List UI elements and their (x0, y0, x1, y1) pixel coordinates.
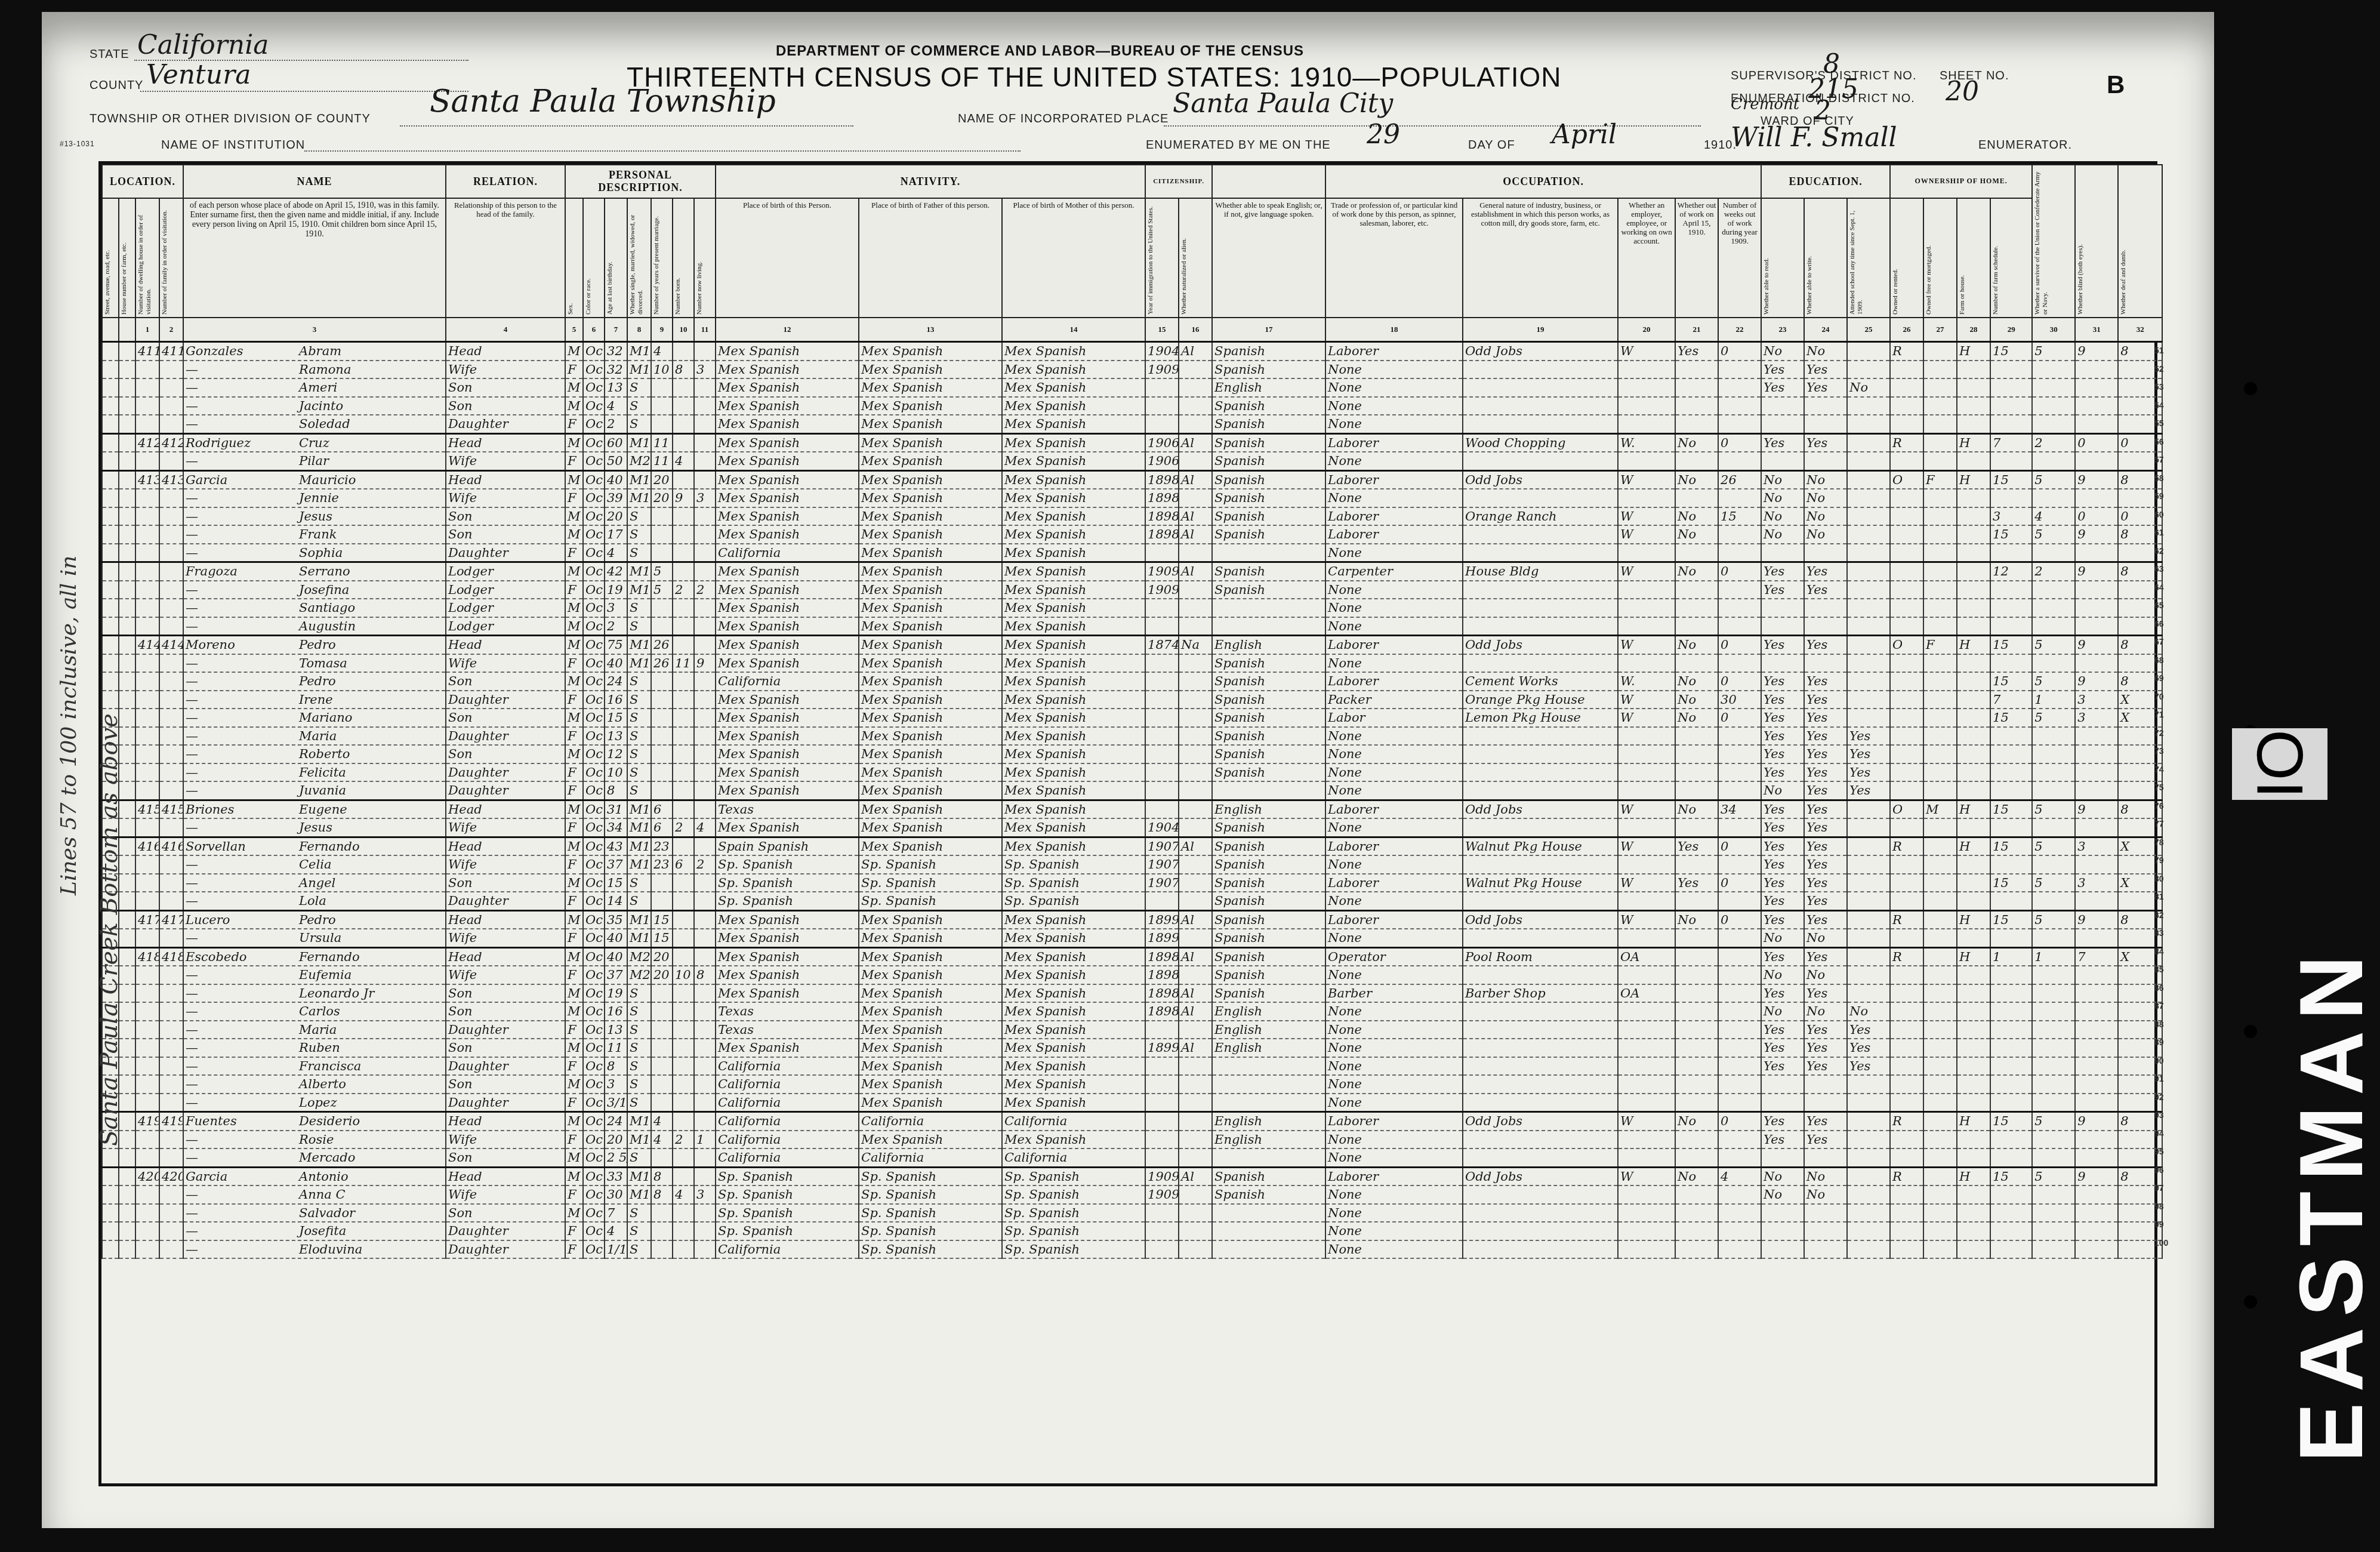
cell-bp: Mex Spanish (716, 397, 859, 415)
cell-c29 (1990, 727, 2032, 746)
cell-imm: 1909 (1145, 562, 1179, 581)
column-number: 4 (446, 318, 565, 342)
sheet-value: 20 (1946, 76, 1979, 107)
cell-sex: F (565, 654, 583, 673)
cell-lang (1212, 1204, 1325, 1222)
cell-lang: English (1212, 636, 1325, 654)
cell-mort (1923, 709, 1957, 727)
cell-c29 (1990, 855, 2032, 874)
cell-relation: Wife (446, 452, 565, 470)
cell-lang: Spanish (1212, 581, 1325, 599)
enumerated-month: April (1552, 119, 1617, 150)
cell-family (159, 1148, 183, 1167)
cell-trade: Laborer (1325, 800, 1463, 818)
cell-bf: Mex Spanish (859, 818, 1002, 837)
cell-mort (1923, 452, 1957, 470)
cell-age: 35 (605, 910, 627, 929)
cell-sex: M (565, 1002, 583, 1021)
cell-yrs_m: 26 (651, 654, 673, 673)
cell-name: —Frank (183, 525, 446, 544)
cell-marital: M1 (627, 818, 651, 837)
cell-mort (1923, 415, 1957, 433)
cell-name: LuceroPedro (183, 910, 446, 929)
cell-color: Oc (583, 910, 605, 929)
cell-bp: Mex Spanish (716, 433, 859, 452)
column-number: 32 (2118, 318, 2162, 342)
cell-imm (1145, 709, 1179, 727)
cell-c29: 12 (1990, 562, 2032, 581)
column-number: 2 (159, 318, 183, 342)
cell-write: No (1804, 470, 1847, 489)
cell-industry (1463, 966, 1618, 984)
cell-dwelling (135, 617, 159, 636)
cell-c30 (2032, 818, 2075, 837)
cell-dwelling (135, 781, 159, 800)
cell-marital: M1 (627, 910, 651, 929)
cell-wks (1718, 1021, 1761, 1039)
line-number: 67 (2154, 637, 2164, 646)
table-row: —JosefinaLodgerFOc19M1522Mex SpanishMex … (102, 581, 2162, 599)
table-row: —Leonardo JrSonMOc19SMex SpanishMex Span… (102, 984, 2162, 1003)
cell-age: 1/12 (605, 1240, 627, 1259)
cell-yrs_m (651, 544, 673, 562)
cell-given-name: Eugene (299, 802, 347, 817)
table-row: —FranciscaDaughterFOc8SCaliforniaMex Spa… (102, 1057, 2162, 1076)
cell-industry: Lemon Pkg House (1463, 709, 1618, 727)
page-header: State California County Ventura Township… (42, 12, 2214, 155)
film-brand: EASTMAN (2280, 944, 2380, 1462)
cell-oow (1675, 1222, 1718, 1240)
cell-family (159, 489, 183, 507)
cell-nat: Al (1179, 562, 1212, 581)
cell-read: Yes (1761, 581, 1804, 599)
cell-relation: Head (446, 800, 565, 818)
cell-write: Yes (1804, 636, 1847, 654)
cell-marital: S (627, 1204, 651, 1222)
cell-emp (1618, 581, 1675, 599)
cell-color: Oc (583, 654, 605, 673)
cell-trade: None (1325, 1075, 1463, 1094)
table-row: —AmeriSonMOc13SMex SpanishMex SpanishMex… (102, 378, 2162, 397)
cell-given-name: Jennie (299, 491, 339, 505)
cell-name: —Jesus (183, 818, 446, 837)
cell-surname: Briones (186, 802, 299, 817)
cell-given-name: Eloduvina (299, 1242, 362, 1257)
cell-emp: W (1618, 837, 1675, 855)
cell-dwelling (135, 415, 159, 433)
table-row: —EufemiaWifeFOc37M220108Mex SpanishMex S… (102, 966, 2162, 984)
cell-trade: Laborer (1325, 672, 1463, 691)
cell-bm: Mex Spanish (1002, 654, 1145, 673)
cell-bm: Mex Spanish (1002, 433, 1145, 452)
cell-given-name: Pedro (299, 674, 336, 688)
cell-sex: F (565, 1240, 583, 1259)
cell-bm: Mex Spanish (1002, 818, 1145, 837)
cell-lang: Spanish (1212, 415, 1325, 433)
cell-industry (1463, 489, 1618, 507)
cell-fh (1957, 966, 1990, 984)
cell-dwelling (135, 818, 159, 837)
cell-sex: M (565, 709, 583, 727)
cell-read: Yes (1761, 910, 1804, 929)
cell-emp (1618, 745, 1675, 763)
column-number: 9 (651, 318, 673, 342)
cell-age: 32 (605, 342, 627, 361)
cell-family: 417 (159, 910, 183, 929)
column-number: 21 (1675, 318, 1718, 342)
cell-lang (1212, 1094, 1325, 1112)
cell-age: 34 (605, 818, 627, 837)
cell-read: Yes (1761, 378, 1804, 397)
table-row: —UrsulaWifeFOc40M115Mex SpanishMex Spani… (102, 929, 2162, 947)
cell-bp: Mex Spanish (716, 929, 859, 947)
cell-c31: 3 (2075, 837, 2118, 855)
cell-surname: — (186, 747, 299, 761)
cell-dwelling (135, 1094, 159, 1112)
cell-emp: W (1618, 691, 1675, 709)
cell-sex: M (565, 874, 583, 892)
cell-born (673, 1167, 694, 1185)
cell-fh: H (1957, 1167, 1990, 1185)
cell-dwelling (135, 544, 159, 562)
cell-bm: Mex Spanish (1002, 581, 1145, 599)
cell-yrs_m (651, 1039, 673, 1057)
cell-imm (1145, 1148, 1179, 1167)
cell-trade: None (1325, 544, 1463, 562)
cell-living: 1 (694, 1131, 716, 1149)
cell-bp: Mex Spanish (716, 636, 859, 654)
cell-sex: F (565, 966, 583, 984)
cell-bm: Mex Spanish (1002, 636, 1145, 654)
cell-color: Oc (583, 929, 605, 947)
cell-lang: English (1212, 1021, 1325, 1039)
punch-hole-icon (2244, 1295, 2257, 1308)
cell-bm: Mex Spanish (1002, 1021, 1145, 1039)
cell-bp: Sp. Spanish (716, 892, 859, 910)
cell-surname: — (186, 527, 299, 541)
day-of-label: day of (1468, 138, 1515, 152)
cell-family (159, 1075, 183, 1094)
cell-nat (1179, 378, 1212, 397)
cell-nat: Al (1179, 1002, 1212, 1021)
cell-color: Oc (583, 892, 605, 910)
cell-dwelling (135, 507, 159, 526)
cell-sex: F (565, 1094, 583, 1112)
cell-marital: S (627, 1039, 651, 1057)
cell-mort: F (1923, 470, 1957, 489)
cell-fh (1957, 489, 1990, 507)
cell-c30: 5 (2032, 672, 2075, 691)
line-number: 92 (2154, 1092, 2164, 1102)
cell-age: 60 (605, 433, 627, 452)
cell-dwelling (135, 452, 159, 470)
cell-c31 (2075, 544, 2118, 562)
cell-oow (1675, 781, 1718, 800)
cell-dwelling (135, 1185, 159, 1204)
cell-lang: Spanish (1212, 525, 1325, 544)
cell-read: Yes (1761, 709, 1804, 727)
cell-name: —Roberto (183, 745, 446, 763)
table-row: 419419FuentesDesiderioHeadMOc24M14Califo… (102, 1112, 2162, 1131)
cell-oow (1675, 397, 1718, 415)
cell-read (1761, 397, 1804, 415)
cell-bm: Mex Spanish (1002, 507, 1145, 526)
cell-dwelling: 418 (135, 947, 159, 966)
cell-dwelling (135, 984, 159, 1003)
cell-bp: Mex Spanish (716, 966, 859, 984)
cell-own (1890, 1204, 1923, 1222)
cell-wks (1718, 1039, 1761, 1057)
cell-own (1890, 1002, 1923, 1021)
cell-industry: House Bldg (1463, 562, 1618, 581)
cell-marital: M1 (627, 800, 651, 818)
cell-family (159, 1222, 183, 1240)
cell-school (1847, 525, 1890, 544)
cell-marital: S (627, 874, 651, 892)
cell-age: 2 (605, 617, 627, 636)
cell-family (159, 709, 183, 727)
cell-c31: 3 (2075, 691, 2118, 709)
cell-marital: S (627, 892, 651, 910)
cell-yrs_m (651, 378, 673, 397)
cell-trade: None (1325, 892, 1463, 910)
column-number: 10 (673, 318, 694, 342)
cell-born (673, 892, 694, 910)
cell-write: Yes (1804, 1039, 1847, 1057)
cell-family: 414 (159, 636, 183, 654)
cell-c29 (1990, 654, 2032, 673)
cell-oow: No (1675, 562, 1718, 581)
cell-living (694, 1075, 716, 1094)
cell-given-name: Lopez (299, 1095, 337, 1110)
cell-marital: S (627, 984, 651, 1003)
cell-relation: Head (446, 947, 565, 966)
cell-imm: 1904 (1145, 342, 1179, 361)
table-row: 413413GarciaMauricioHeadMOc40M120Mex Spa… (102, 470, 2162, 489)
cell-mort (1923, 727, 1957, 746)
cell-sex: F (565, 892, 583, 910)
cell-bf: Mex Spanish (859, 562, 1002, 581)
cell-yrs_m: 11 (651, 452, 673, 470)
form-code: #13-1031 (60, 140, 95, 148)
cell-fh (1957, 763, 1990, 782)
cell-oow (1675, 1039, 1718, 1057)
cell-bp: Mex Spanish (716, 452, 859, 470)
cell-c30 (2032, 452, 2075, 470)
line-number: 87 (2154, 1001, 2164, 1011)
cell-given-name: Jesus (299, 509, 332, 524)
cell-own (1890, 1057, 1923, 1076)
cell-wks: 34 (1718, 800, 1761, 818)
cell-emp (1618, 1021, 1675, 1039)
cell-read: No (1761, 470, 1804, 489)
cell-oow (1675, 581, 1718, 599)
line-number: 65 (2154, 601, 2164, 610)
cell-emp (1618, 1131, 1675, 1149)
cell-sex: F (565, 544, 583, 562)
cell-wks: 30 (1718, 691, 1761, 709)
cell-nat (1179, 1075, 1212, 1094)
col-owned-rented: Owned or rented. (1890, 198, 1923, 318)
cell-emp: OA (1618, 984, 1675, 1003)
cell-yrs_m (651, 1057, 673, 1076)
ward-note: Cremont (1731, 96, 1799, 113)
cell-c31 (2075, 397, 2118, 415)
cell-write (1804, 1204, 1847, 1222)
county-value: Ventura (146, 60, 251, 90)
cell-nat (1179, 361, 1212, 379)
table-row: —CeliaWifeFOc37M12362Sp. SpanishSp. Span… (102, 855, 2162, 874)
cell-street (102, 672, 119, 691)
cell-imm (1145, 691, 1179, 709)
cell-name: SorvellanFernando (183, 837, 446, 855)
cell-write: Yes (1804, 581, 1847, 599)
cell-emp (1618, 763, 1675, 782)
cell-emp: W. (1618, 433, 1675, 452)
cell-born (673, 562, 694, 581)
cell-house-no (119, 1222, 135, 1240)
cell-family: 418 (159, 947, 183, 966)
cell-c29 (1990, 1057, 2032, 1076)
cell-mort (1923, 1039, 1957, 1057)
cell-c30 (2032, 763, 2075, 782)
cell-c31 (2075, 599, 2118, 617)
cell-color: Oc (583, 562, 605, 581)
punch-hole-icon (2244, 1025, 2257, 1038)
cell-yrs_m (651, 1094, 673, 1112)
col-age: Age at last birthday. (605, 198, 627, 318)
cell-bm: Sp. Spanish (1002, 1240, 1145, 1259)
cell-color: Oc (583, 818, 605, 837)
cell-school (1847, 452, 1890, 470)
cell-marital: S (627, 672, 651, 691)
table-row: 415415BrionesEugeneHeadMOc31M16TexasMex … (102, 800, 2162, 818)
cell-school (1847, 562, 1890, 581)
cell-trade: None (1325, 599, 1463, 617)
cell-emp (1618, 378, 1675, 397)
cell-born (673, 397, 694, 415)
cell-read: Yes (1761, 727, 1804, 746)
cell-dwelling: 419 (135, 1112, 159, 1131)
cell-surname: — (186, 674, 299, 688)
cell-relation: Daughter (446, 1057, 565, 1076)
cell-nat: Al (1179, 1039, 1212, 1057)
cell-family (159, 818, 183, 837)
cell-relation: Wife (446, 654, 565, 673)
cell-oow: No (1675, 800, 1718, 818)
cell-c30: 5 (2032, 709, 2075, 727)
cell-living (694, 745, 716, 763)
cell-house-no (119, 489, 135, 507)
cell-oow (1675, 1021, 1718, 1039)
cell-age: 20 (605, 1131, 627, 1149)
cell-yrs_m (651, 1204, 673, 1222)
cell-living (694, 1112, 716, 1131)
col-children-living: Number now living. (694, 198, 716, 318)
cell-bp: Texas (716, 1021, 859, 1039)
cell-imm: 1909 (1145, 1167, 1179, 1185)
cell-age: 20 (605, 507, 627, 526)
cell-c31 (2075, 378, 2118, 397)
cell-mort (1923, 874, 1957, 892)
col-farm-house: Farm or house. (1957, 198, 1990, 318)
cell-trade: Laborer (1325, 837, 1463, 855)
cell-relation: Head (446, 636, 565, 654)
cell-nat: Al (1179, 947, 1212, 966)
cell-house-no (119, 1167, 135, 1185)
cell-trade: Laborer (1325, 342, 1463, 361)
cell-born (673, 984, 694, 1003)
cell-dwelling (135, 874, 159, 892)
cell-imm: 1898 (1145, 947, 1179, 966)
cell-emp (1618, 1075, 1675, 1094)
cell-fh: H (1957, 342, 1990, 361)
cell-trade: Labor (1325, 709, 1463, 727)
line-number: 99 (2154, 1220, 2164, 1229)
cell-read (1761, 452, 1804, 470)
cell-bf: Mex Spanish (859, 544, 1002, 562)
cell-given-name: Rosie (299, 1132, 334, 1147)
cell-age: 2 5/12 (605, 1148, 627, 1167)
cell-emp: W (1618, 1112, 1675, 1131)
punch-hole-icon (2244, 382, 2257, 395)
cell-industry (1463, 617, 1618, 636)
col-name: of each person whose place of abode on A… (183, 198, 446, 318)
cell-age: 33 (605, 1167, 627, 1185)
cell-read: No (1761, 1002, 1804, 1021)
cell-born (673, 599, 694, 617)
cell-trade: None (1325, 378, 1463, 397)
cell-oow (1675, 892, 1718, 910)
cell-yrs_m (651, 1222, 673, 1240)
group-relation: RELATION. (446, 165, 565, 198)
cell-own (1890, 489, 1923, 507)
cell-c29: 15 (1990, 342, 2032, 361)
cell-living (694, 1222, 716, 1240)
cell-bp: California (716, 544, 859, 562)
cell-industry (1463, 1002, 1618, 1021)
cell-lang: Spanish (1212, 892, 1325, 910)
cell-name: —Pilar (183, 452, 446, 470)
table-row: —LopezDaughterFOc3/12SCaliforniaMex Span… (102, 1094, 2162, 1112)
line-number: 68 (2154, 655, 2164, 665)
cell-imm: 1898 (1145, 489, 1179, 507)
column-number: 30 (2032, 318, 2075, 342)
cell-own (1890, 1021, 1923, 1039)
cell-c31 (2075, 1148, 2118, 1167)
line-number: 83 (2154, 928, 2164, 938)
cell-nat (1179, 654, 1212, 673)
cell-relation: Wife (446, 361, 565, 379)
cell-trade: None (1325, 617, 1463, 636)
cell-oow (1675, 544, 1718, 562)
column-number: 1 (135, 318, 159, 342)
cell-dwelling (135, 966, 159, 984)
cell-read: Yes (1761, 855, 1804, 874)
cell-name: FragozaSerrano (183, 562, 446, 581)
cell-surname: — (186, 1077, 299, 1091)
cell-wks (1718, 378, 1761, 397)
cell-fh (1957, 874, 1990, 892)
cell-own (1890, 1094, 1923, 1112)
cell-street (102, 581, 119, 599)
cell-given-name: Pedro (299, 638, 336, 652)
cell-c29: 7 (1990, 433, 2032, 452)
cell-c30 (2032, 1204, 2075, 1222)
cell-emp (1618, 1039, 1675, 1057)
line-number: 96 (2154, 1165, 2164, 1175)
cell-sex: F (565, 581, 583, 599)
